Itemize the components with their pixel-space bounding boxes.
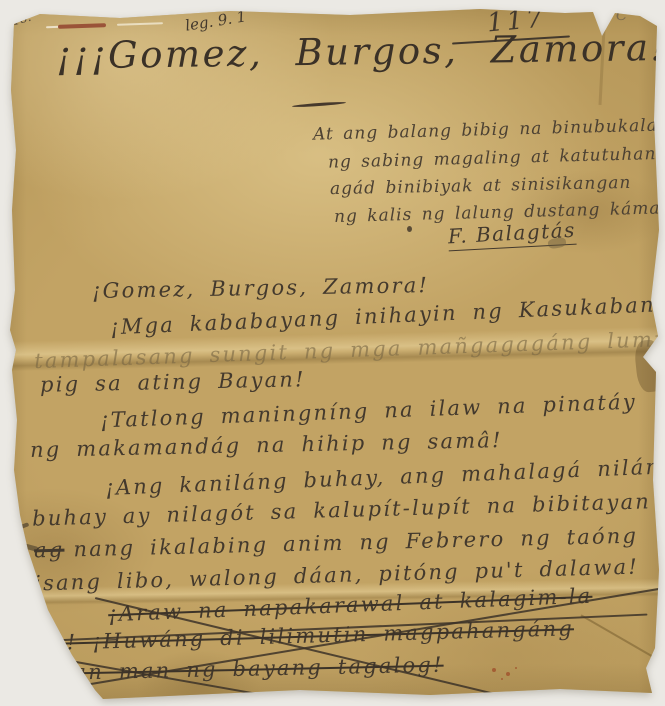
manuscript-paper-shadow: 18. leg. 9. 1 117 C ¡¡¡Gomez, Burgos, Za… (0, 0, 665, 706)
crossed-out-word: ag (34, 538, 65, 563)
ink-blot (407, 226, 412, 232)
red-stain-speckles (492, 668, 496, 672)
edge-smudge (32, 596, 41, 603)
document-title: ¡¡¡Gomez, Burgos, Zamora!!! (56, 25, 665, 77)
manuscript-paper: 18. leg. 9. 1 117 C ¡¡¡Gomez, Burgos, Za… (0, 0, 665, 706)
archival-corner-letter: C (615, 5, 628, 24)
photo-background: 18. leg. 9. 1 117 C ¡¡¡Gomez, Burgos, Za… (0, 0, 665, 706)
